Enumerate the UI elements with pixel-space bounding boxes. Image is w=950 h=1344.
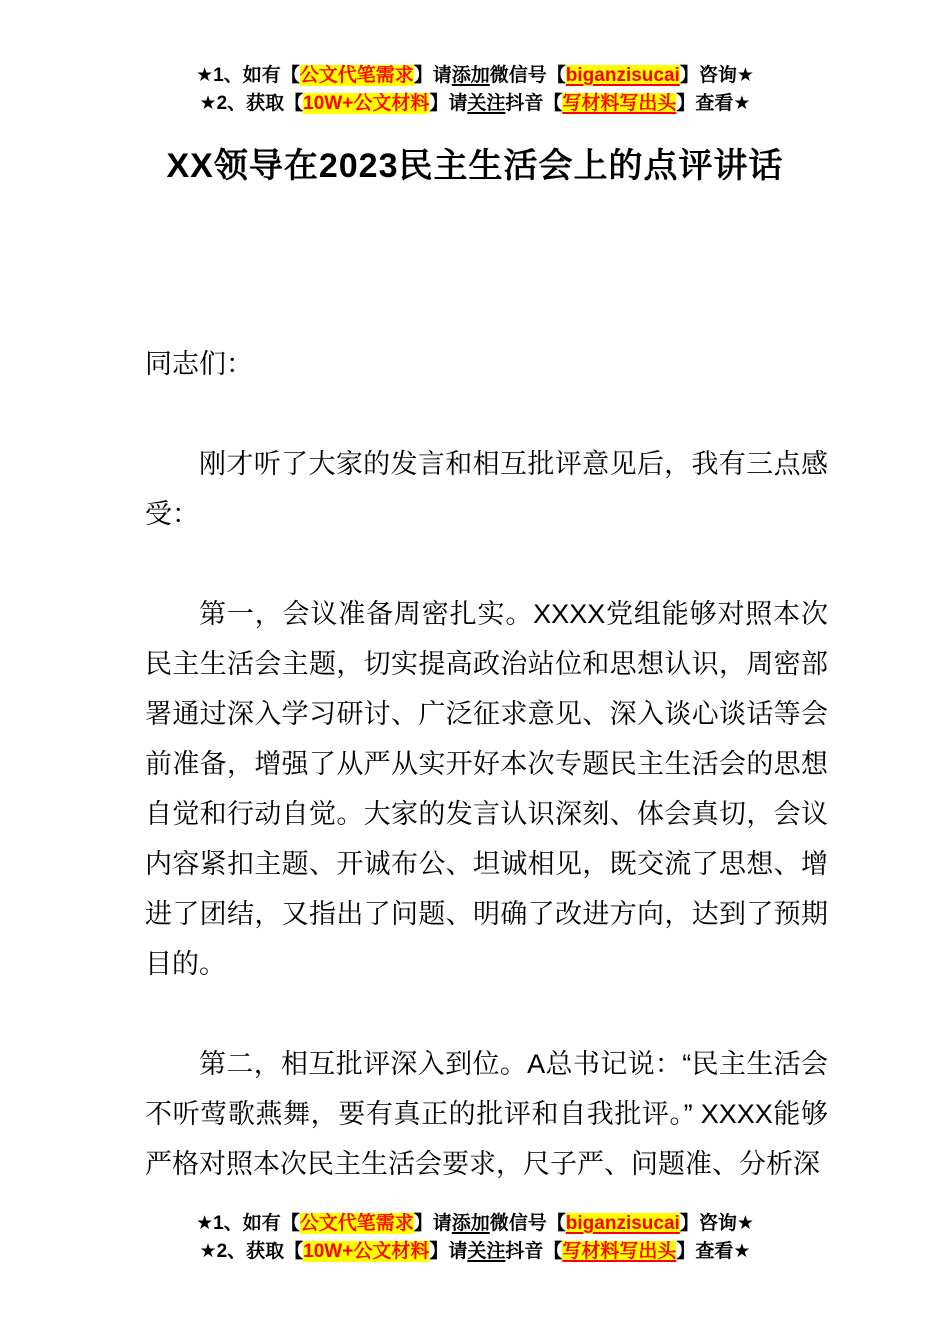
promo-underline-follow: 关注 xyxy=(467,1241,505,1262)
document-body: 同志们： 刚才听了大家的发言和相互批评意见后，我有三点感受： 第一，会议准备周密… xyxy=(145,339,828,1239)
promo-text: 微信号【 xyxy=(490,1213,566,1234)
promo-text: 】查看★ xyxy=(676,1241,750,1262)
promo-text: 】查看★ xyxy=(676,93,750,114)
paragraph-intro: 刚才听了大家的发言和相互批评意见后，我有三点感受： xyxy=(145,439,828,539)
header-promo-line-2: ★2、获取【10W+公文材料】请关注抖音【写材料写出头】查看★ xyxy=(0,90,950,118)
promo-text: 抖音【 xyxy=(505,93,562,114)
promo-douyin-id: 写材料写出头 xyxy=(562,93,676,114)
footer-promo-line-2: ★2、获取【10W+公文材料】请关注抖音【写材料写出头】查看★ xyxy=(0,1238,950,1266)
paragraph-first-point: 第一，会议准备周密扎实。XXXX党组能够对照本次民主生活会主题，切实提高政治站位… xyxy=(145,589,828,989)
document-page: ★1、如有【公文代笔需求】请添加微信号【biganzisucai】咨询★ ★2、… xyxy=(0,0,950,1344)
promo-highlight-service: 公文代笔需求 xyxy=(300,1213,414,1234)
promo-highlight-service: 公文代笔需求 xyxy=(300,65,414,86)
salutation: 同志们： xyxy=(145,339,828,389)
paragraph-second-point: 第二，相互批评深入到位。A总书记说：“民主生活会不听莺歌燕舞，要有真正的批评和自… xyxy=(145,1039,828,1189)
promo-text: 】请 xyxy=(414,1213,452,1234)
promo-text: ★1、如有【 xyxy=(196,1213,300,1234)
footer-promo: ★1、如有【公文代笔需求】请添加微信号【biganzisucai】咨询★ ★2、… xyxy=(0,1210,950,1266)
footer-promo-line-1: ★1、如有【公文代笔需求】请添加微信号【biganzisucai】咨询★ xyxy=(0,1210,950,1238)
promo-underline-add: 添加 xyxy=(452,65,490,86)
document-title: XX领导在2023民主生活会上的点评讲话 xyxy=(0,142,950,190)
header-promo-line-1: ★1、如有【公文代笔需求】请添加微信号【biganzisucai】咨询★ xyxy=(0,62,950,90)
promo-text: 】请 xyxy=(429,1241,467,1262)
promo-highlight-materials: 10W+公文材料 xyxy=(303,1241,429,1262)
promo-text: 微信号【 xyxy=(490,65,566,86)
promo-text: 】咨询★ xyxy=(680,1213,754,1234)
promo-text: 】咨询★ xyxy=(680,65,754,86)
promo-wechat-id: biganzisucai xyxy=(566,1213,680,1234)
promo-douyin-id: 写材料写出头 xyxy=(562,1241,676,1262)
promo-wechat-id: biganzisucai xyxy=(566,65,680,86)
promo-text: 抖音【 xyxy=(505,1241,562,1262)
promo-text: 】请 xyxy=(429,93,467,114)
promo-text: 】请 xyxy=(414,65,452,86)
promo-underline-add: 添加 xyxy=(452,1213,490,1234)
header-promo: ★1、如有【公文代笔需求】请添加微信号【biganzisucai】咨询★ ★2、… xyxy=(0,62,950,118)
promo-text: ★2、获取【 xyxy=(200,93,304,114)
promo-text: ★2、获取【 xyxy=(200,1241,304,1262)
promo-text: ★1、如有【 xyxy=(196,65,300,86)
promo-highlight-materials: 10W+公文材料 xyxy=(303,93,429,114)
promo-underline-follow: 关注 xyxy=(467,93,505,114)
